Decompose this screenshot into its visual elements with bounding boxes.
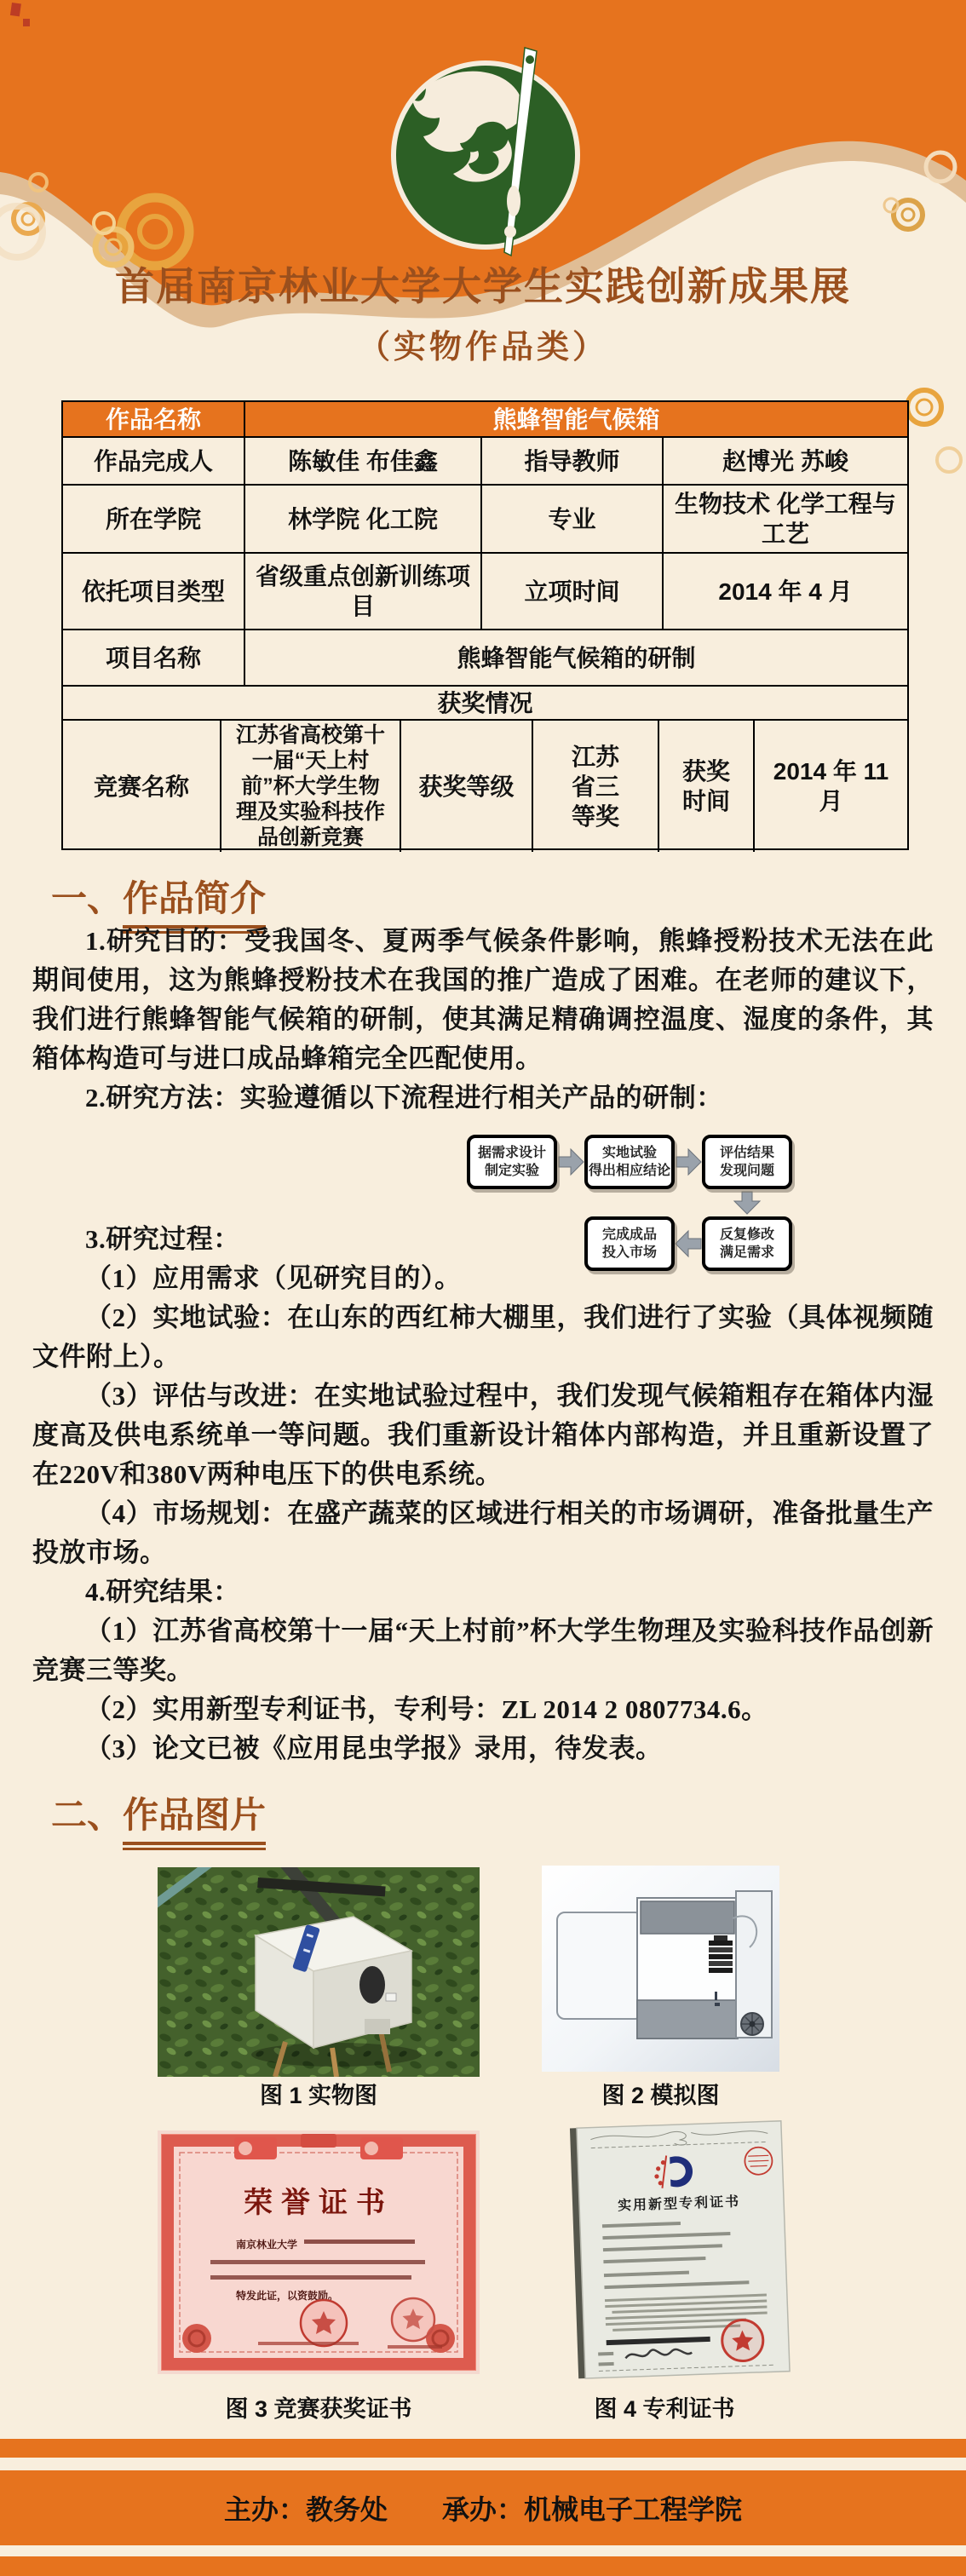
table-section-label: 获奖情况 bbox=[63, 687, 907, 720]
arrow-right-icon bbox=[559, 1149, 584, 1175]
section2-heading-text: 作品图片 bbox=[123, 1787, 266, 1845]
paragraph: （1）江苏省高校第十一届“天上村前”杯大学生物理及实验科技作品创新竞赛三等奖。 bbox=[32, 1612, 934, 1690]
flowchart-box-text: 满足需求 bbox=[720, 1244, 774, 1262]
table-value: 生物技术 化学工程与工艺 bbox=[664, 486, 907, 552]
table-row: 依托项目类型 省级重点创新训练项目 立项时间 2014 年 4 月 bbox=[63, 554, 907, 630]
cad-top-panel bbox=[641, 1901, 734, 1934]
table-value: 江苏省三等奖 bbox=[533, 721, 659, 852]
table-label: 立项时间 bbox=[482, 554, 664, 629]
table-value: 熊蜂智能气候箱的研制 bbox=[245, 630, 907, 685]
arrow-down-icon bbox=[734, 1192, 760, 1214]
table-row: 作品名称 熊蜂智能气候箱 bbox=[63, 402, 907, 438]
flowchart-box-text: 反复修改 bbox=[720, 1226, 774, 1244]
paragraph: （3）评估与改进：在实地试验过程中，我们发现气候箱粗存在箱体内湿度高及供电系统单… bbox=[32, 1377, 934, 1494]
table-value: 林学院 化工院 bbox=[245, 486, 482, 552]
table-label: 竞赛名称 bbox=[63, 721, 221, 852]
table-label: 项目名称 bbox=[63, 630, 245, 685]
poster-page: 首届南京林业大学大学生实践创新成果展 （实物作品类） 作品名称 熊蜂智能气候箱 … bbox=[0, 0, 966, 2576]
table-label: 获奖时间 bbox=[659, 721, 755, 852]
table-row: 项目名称 熊蜂智能气候箱的研制 bbox=[63, 630, 907, 687]
flowchart-box: 完成成品 投入市场 bbox=[584, 1216, 675, 1271]
figure2-caption: 图 2 模拟图 bbox=[542, 2077, 779, 2110]
arrow-right-icon bbox=[676, 1149, 701, 1175]
section2-heading: 二、作品图片 bbox=[51, 1787, 266, 1845]
table-row: 竞赛名称 江苏省高校第十一届“天上村前”杯大学生物理及实验科技作品创新竞赛 获奖… bbox=[63, 721, 907, 852]
svg-text:南京林业大学: 南京林业大学 bbox=[236, 2238, 297, 2251]
artifact-mark bbox=[23, 19, 30, 26]
research-flowchart: 据需求设计 制定实验 实地试验 得出相应结论 评估结果 发现问题 完成成品 投入… bbox=[460, 1126, 826, 1279]
flowchart-box: 反复修改 满足需求 bbox=[702, 1216, 792, 1271]
arrow-left-icon bbox=[676, 1231, 701, 1256]
table-value: 赵博光 苏峻 bbox=[664, 438, 907, 484]
award-time-label: 获奖时间 bbox=[679, 756, 733, 816]
paragraph: （3）论文已被《应用昆虫学报》录用，待发表。 bbox=[32, 1729, 934, 1768]
figure3-award-certificate: 荣誉证书 南京林业大学 特发此证，以资鼓励。 bbox=[158, 2130, 480, 2374]
section2-heading-prefix: 二、 bbox=[51, 1797, 123, 1836]
table-header-value: 熊蜂智能气候箱 bbox=[245, 402, 907, 436]
flowchart-box-text: 据需求设计 bbox=[478, 1144, 546, 1162]
flowchart-box-text: 发现问题 bbox=[720, 1162, 774, 1180]
table-value: 省级重点创新训练项目 bbox=[245, 554, 482, 629]
cad-left-door bbox=[557, 1912, 642, 2019]
footer-stripe-bottom bbox=[0, 2556, 966, 2576]
footer-stripe-top bbox=[0, 2439, 966, 2458]
figure1-caption: 图 1 实物图 bbox=[158, 2077, 480, 2110]
figure4-patent-certificate: 实用新型专利证书 bbox=[569, 2119, 792, 2380]
certificate-title: 荣誉证书 bbox=[244, 2187, 394, 2219]
table-label: 所在学院 bbox=[63, 486, 245, 552]
table-value: 2014 年 11 月 bbox=[755, 721, 907, 852]
paragraph: （4）市场规划：在盛产蔬菜的区域进行相关的市场调研，准备批量生产投放市场。 bbox=[32, 1494, 934, 1573]
flowchart-box-text: 得出相应结论 bbox=[589, 1162, 670, 1180]
red-seal bbox=[392, 2298, 434, 2341]
red-seal bbox=[301, 2300, 347, 2346]
figure4-caption: 图 4 专利证书 bbox=[537, 2390, 792, 2424]
table-row: 作品完成人 陈敏佳 布佳鑫 指导教师 赵博光 苏峻 bbox=[63, 438, 907, 486]
footer-band: 主办：教务处 承办：机械电子工程学院 bbox=[0, 2470, 966, 2545]
flowchart-box: 据需求设计 制定实验 bbox=[467, 1135, 557, 1189]
flowchart-box-text: 评估结果 bbox=[720, 1144, 774, 1162]
table-row: 获奖情况 bbox=[63, 687, 907, 721]
section1-body: 1.研究目的：受我国冬、夏两季气候条件影响，熊蜂授粉技术无法在此期间使用，这为熊… bbox=[0, 922, 966, 1768]
flowchart-box: 评估结果 发现问题 bbox=[702, 1135, 792, 1189]
artifact-mark bbox=[10, 3, 21, 16]
figure1-photo bbox=[158, 1867, 480, 2077]
red-seal bbox=[722, 2320, 764, 2362]
section1-heading-text: 作品简介 bbox=[123, 871, 266, 929]
figure2-cad-model bbox=[542, 1866, 779, 2072]
poster-title-line1: 首届南京林业大学大学生实践创新成果展 bbox=[0, 256, 966, 312]
work-info-table: 作品名称 熊蜂智能气候箱 作品完成人 陈敏佳 布佳鑫 指导教师 赵博光 苏峻 所… bbox=[61, 400, 909, 850]
table-value: 2014 年 4 月 bbox=[664, 554, 907, 629]
table-label: 依托项目类型 bbox=[63, 554, 245, 629]
poster-title-line2: （实物作品类） bbox=[0, 320, 966, 367]
flowchart-box-text: 投入市场 bbox=[602, 1244, 657, 1262]
cad-bottom-panel bbox=[637, 2000, 738, 2038]
flowchart-box-text: 实地试验 bbox=[602, 1144, 657, 1162]
flowchart-box: 实地试验 得出相应结论 bbox=[584, 1135, 675, 1189]
table-label: 获奖等级 bbox=[401, 721, 533, 852]
flowchart-box-text: 制定实验 bbox=[485, 1162, 539, 1180]
paragraph: 1.研究目的：受我国冬、夏两季气候条件影响，熊蜂授粉技术无法在此期间使用，这为熊… bbox=[32, 922, 934, 1078]
flowchart-box-text: 完成成品 bbox=[602, 1226, 657, 1244]
info-sticker bbox=[386, 1993, 396, 2001]
section1-heading: 一、作品简介 bbox=[51, 871, 266, 929]
table-value: 江苏省高校第十一届“天上村前”杯大学生物理及实验科技作品创新竞赛 bbox=[221, 721, 401, 852]
vent-opening bbox=[359, 1966, 385, 2004]
table-value: 陈敏佳 布佳鑫 bbox=[245, 438, 482, 484]
paragraph: （2）实地试验：在山东的西红柿大棚里，我们进行了实验（具体视频随文件附上）。 bbox=[32, 1298, 934, 1377]
cad-fan bbox=[741, 2013, 763, 2035]
footer-text: 主办：教务处 承办：机械电子工程学院 bbox=[224, 2488, 742, 2527]
paragraph: （2）实用新型专利证书，专利号：ZL 2014 2 0807734.6。 bbox=[32, 1690, 934, 1729]
paragraph: 4.研究结果： bbox=[32, 1573, 934, 1612]
figure3-caption: 图 3 竞赛获奖证书 bbox=[158, 2390, 480, 2424]
paragraph: 2.研究方法：实验遵循以下流程进行相关产品的研制： bbox=[32, 1078, 934, 1118]
table-row: 所在学院 林学院 化工院 专业 生物技术 化学工程与工艺 bbox=[63, 486, 907, 554]
rose-ornament bbox=[182, 2324, 211, 2353]
table-label: 专业 bbox=[482, 486, 664, 552]
table-label: 指导教师 bbox=[482, 438, 664, 484]
award-level: 江苏省三等奖 bbox=[568, 742, 623, 831]
table-header-label: 作品名称 bbox=[63, 402, 245, 436]
table-label: 作品完成人 bbox=[63, 438, 245, 484]
section1-heading-prefix: 一、 bbox=[51, 880, 123, 919]
